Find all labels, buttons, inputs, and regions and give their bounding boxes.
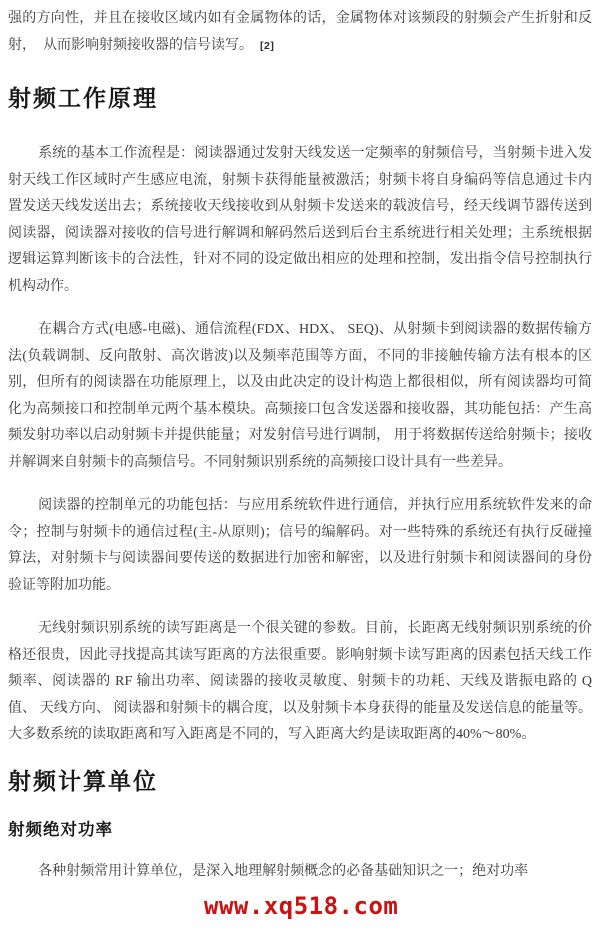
article-content: 强的方向性，并且在接收区域内如有金属物体的话，金属物体对该频段的射频会产生折射和… xyxy=(0,0,600,885)
section-heading-working-principle: 射频工作原理 xyxy=(8,83,592,114)
paragraph-workflow: 系统的基本工作流程是：阅读器通过发射天线发送一定频率的射频信号，当射频卡进入发射… xyxy=(8,141,592,300)
paragraph-coupling-methods: 在耦合方式(电感-电磁)、通信流程(FDX、HDX、 SEQ)、从射频卡到阅读器… xyxy=(8,317,592,476)
watermark-text: www.xq518.com xyxy=(204,892,398,920)
paragraph-continuation: 强的方向性，并且在接收区域内如有金属物体的话，金属物体对该频段的射频会产生折射和… xyxy=(8,6,592,59)
document-page: 强的方向性，并且在接收区域内如有金属物体的话，金属物体对该频段的射频会产生折射和… xyxy=(0,0,600,934)
sub-heading-absolute-power: 射频绝对功率 xyxy=(8,819,592,841)
citation-reference[interactable]: [2] xyxy=(260,40,274,52)
paragraph-units-intro: 各种射频常用计算单位，是深入地理解射频概念的必备基础知识之一；绝对功率 xyxy=(8,859,592,886)
paragraph-read-write-distance: 无线射频识别系统的读写距离是一个很关键的参数。目前，长距离无线射频识别系统的价格… xyxy=(8,616,592,749)
section-heading-calculation-units: 射频计算单位 xyxy=(8,766,592,797)
continuation-text: 强的方向性，并且在接收区域内如有金属物体的话，金属物体对该频段的射频会产生折射和… xyxy=(8,11,592,53)
paragraph-control-unit: 阅读器的控制单元的功能包括：与应用系统软件进行通信，并执行应用系统软件发来的命令… xyxy=(8,493,592,599)
